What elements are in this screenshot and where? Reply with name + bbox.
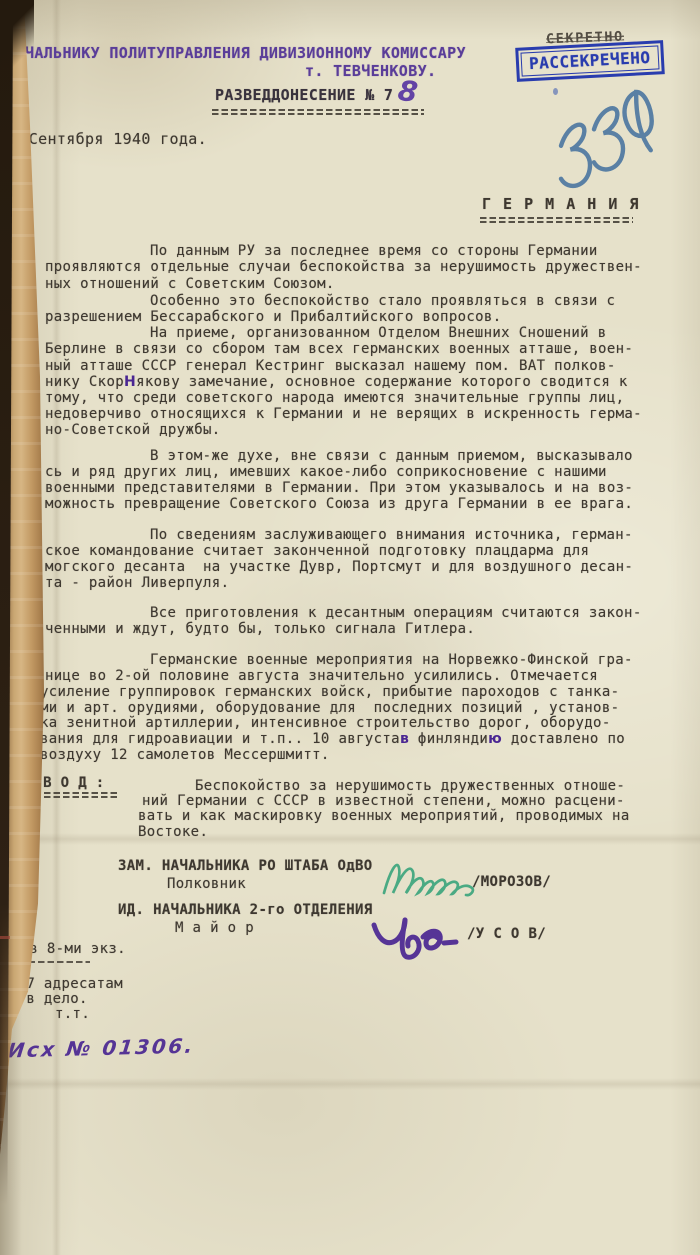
signer-2-post: ИД. НАЧАЛЬНИКА 2-го ОТДЕЛЕНИЯ xyxy=(118,902,373,918)
typed-line: ское командование считает законченной по… xyxy=(45,543,589,559)
typed-line: ний Германии с СССР в известной степени,… xyxy=(142,793,625,809)
typed-line: ка зенитной артиллерии, интенсивное стро… xyxy=(40,715,611,731)
signer-1-post: ЗАМ. НАЧАЛЬНИКА РО ШТАБА ОдВО xyxy=(118,858,373,874)
typed-line: недоверчиво относящихся к Германии и не … xyxy=(45,406,642,422)
typed-line: Беспокойство за нерушимость дружественны… xyxy=(195,778,625,794)
typed-line: Все приготовления к десантным операциям … xyxy=(150,605,642,621)
section-underline xyxy=(480,217,633,223)
typed-text: финлянди xyxy=(409,731,488,747)
typed-line: могского десанта на участке Дувр, Портсм… xyxy=(45,559,633,575)
typed-line: сь и ряд других лиц, имевших какое-либо … xyxy=(45,464,607,480)
handwritten-outgoing-number: Исх № 01306. xyxy=(6,1034,196,1063)
red-ink-tick xyxy=(0,936,10,939)
typed-line: ных отношений с Советским Союзом. xyxy=(45,276,335,292)
signer-1-rank: Полковник xyxy=(167,876,246,892)
title-underline xyxy=(212,109,424,115)
signer-2-surname: /У С О В/ xyxy=(467,926,546,942)
typed-line: ми и арт. орудиями, оборудование для пос… xyxy=(40,700,619,716)
typed-line: та - район Ливерпуля. xyxy=(45,575,229,591)
typed-line: проявляются отдельные случаи беспокойств… xyxy=(45,259,642,275)
addressee-line: ЧАЛЬНИКУ ПОЛИТУПРАВЛЕНИЯ ДИВИЗИОННОМУ КО… xyxy=(25,45,466,62)
typed-line: Берлине в связи со сбором там всех герма… xyxy=(45,341,633,357)
typed-line: По данным РУ за последнее время со сторо… xyxy=(150,243,598,259)
signature-morozov xyxy=(380,853,480,901)
typed-text: вания для гидроавиации и т.п.. 10 август… xyxy=(40,731,400,747)
paper-crease xyxy=(0,1078,700,1090)
paper-crease xyxy=(0,833,700,845)
handwritten-correction: Н xyxy=(124,374,136,390)
typed-line: нице во 2-ой половине августа значительн… xyxy=(45,668,598,684)
handwritten-report-number: 8 xyxy=(396,77,419,107)
signer-1-surname: /МОРОЗОВ/ xyxy=(472,874,551,890)
signer-2-rank: М а й о р xyxy=(175,920,254,936)
typed-line: ченными и ждут, будто бы, только сигнала… xyxy=(45,621,475,637)
typed-line: усиление группировок германских войск, п… xyxy=(40,684,619,700)
scanned-document-page: ЧАЛЬНИКУ ПОЛИТУПРАВЛЕНИЯ ДИВИЗИОННОМУ КО… xyxy=(0,0,700,1255)
typed-text: якову замечание, основное содержание кот… xyxy=(136,374,628,390)
typed-line: нику СкорНякову замечание, основное соде… xyxy=(45,374,628,390)
typed-line: вать и как маскировку военных мероприяти… xyxy=(138,808,630,824)
handwritten-correction: ю xyxy=(488,731,502,747)
typed-text: нику Скор xyxy=(45,374,124,390)
typed-line: вания для гидроавиации и т.п.. 10 август… xyxy=(40,731,625,747)
signature-usov xyxy=(366,915,458,970)
report-title: РАЗВЕДДОНЕСЕНИЕ № 7 xyxy=(215,87,393,104)
report-date: 5 Сентября 1940 года. xyxy=(10,131,207,148)
declassified-stamp: РАССЕКРЕЧЕНО xyxy=(515,40,664,82)
typed-line: разрешением Бессарабского и Прибалтийско… xyxy=(45,309,502,325)
typed-line: военными представителями в Германии. При… xyxy=(45,480,633,496)
typed-line: воздуху 12 самолетов Мессершмитт. xyxy=(40,747,330,763)
typed-line: Особенно это беспокойство стало проявлят… xyxy=(150,293,615,309)
typed-line: можность превращение Советского Союза из… xyxy=(45,496,633,512)
typed-line: В этом-же духе, вне связи с данным прием… xyxy=(150,448,633,464)
typed-line: ный атташе СССР генерал Кестринг высказа… xyxy=(45,358,616,374)
distribution-line: т.т. xyxy=(55,1006,90,1022)
typed-line: но-Советской дружбы. xyxy=(45,422,221,438)
handwritten-correction: в xyxy=(400,731,409,747)
typed-line: На приеме, организованном Отделом Внешни… xyxy=(150,325,607,341)
typed-line: Германские военные мероприятия на Норвеж… xyxy=(150,652,633,668)
typed-line: Востоке. xyxy=(138,824,208,840)
section-heading: Г Е Р М А Н И Я xyxy=(482,196,640,213)
typed-text: доставлено по xyxy=(502,731,625,747)
blue-ink-speck xyxy=(553,88,558,95)
binding-corner xyxy=(0,0,34,78)
declassified-stamp-text: РАССЕКРЕЧЕНО xyxy=(520,45,659,76)
typed-line: По сведениям заслуживающего внимания ист… xyxy=(150,527,633,543)
typed-line: тому, что среди советского народа имеютс… xyxy=(45,390,624,406)
